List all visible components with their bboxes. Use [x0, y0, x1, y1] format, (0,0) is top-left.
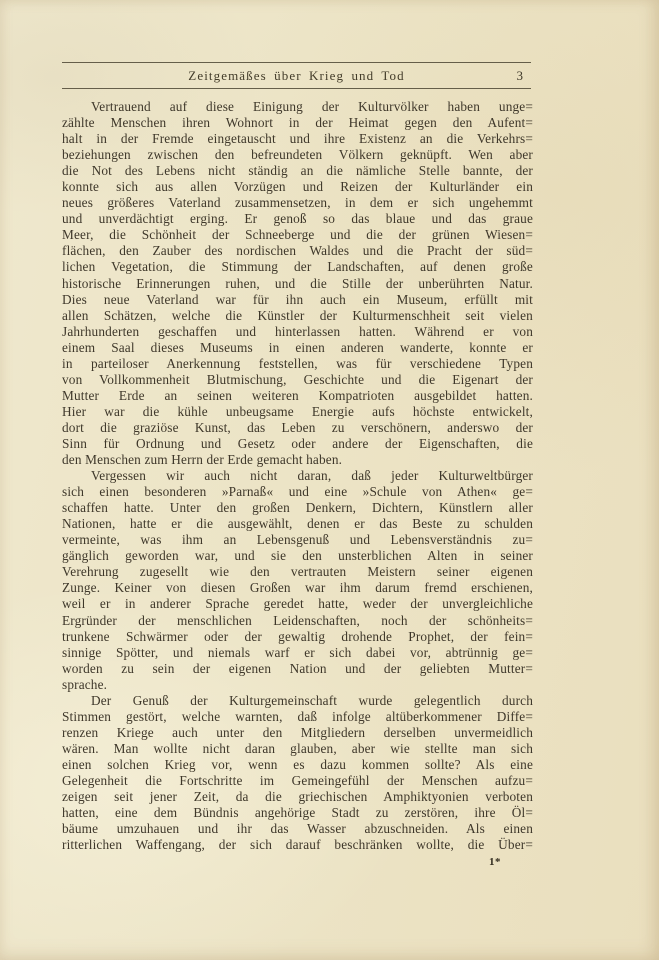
text-line: ritterlichen Waffengang, der sich darauf…	[62, 837, 533, 853]
text-line: Hier war die kühle unbeugsame Energie au…	[62, 404, 533, 420]
page-number: 3	[517, 66, 524, 86]
text-line: halt in der Fremde eingetauscht und ihre…	[62, 131, 533, 147]
text-line: Gelegenheit die Fortschritte im Gemeinge…	[62, 773, 533, 789]
text-line: Dies neue Vaterland war für ihn auch ein…	[62, 292, 533, 308]
text-line: und unverdächtigt erging. Er genoß so da…	[62, 211, 533, 227]
text-line: konnte sich aus allen Vorzügen und Reize…	[62, 179, 533, 195]
text-line: trunkene Schwärmer oder der gewaltig dro…	[62, 629, 533, 645]
text-line: worden zu sein der eigenen Nation und de…	[62, 661, 533, 677]
text-line: wären. Man wollte nicht daran glauben, a…	[62, 741, 533, 757]
text-line: Vergessen wir auch nicht daran, daß jede…	[62, 468, 533, 484]
text-line: bäume umzuhauen und ihr das Wasser abzus…	[62, 821, 533, 837]
text-line: Sinn für Ordnung und Gesetz oder andere …	[62, 436, 533, 452]
text-line: neues größeres Vaterland zusammensetzen,…	[62, 195, 533, 211]
header-rule-top	[62, 62, 531, 63]
text-line: zeigen seit jener Zeit, da die griechisc…	[62, 789, 533, 805]
text-line: Zunge. Keiner von diesen Großen war ihm …	[62, 580, 533, 596]
text-line: Ergründer der menschlichen Leidenschafte…	[62, 613, 533, 629]
text-line: Nationen, hatte er die ausgewählt, denen…	[62, 516, 533, 532]
text-line: einem Saal dieses Museums in einen ander…	[62, 340, 533, 356]
text-line: den Menschen zum Herrn der Erde gemacht …	[62, 452, 533, 468]
text-line: dort die graziöse Kunst, das Leben zu ve…	[62, 420, 533, 436]
running-head-title: Zeitgemäßes über Krieg und Tod	[62, 66, 531, 86]
signature-mark: 1*	[489, 856, 501, 868]
text-line: zählte Menschen ihren Wohnort in der Hei…	[62, 115, 533, 131]
text-line: gänglich geworden war, und sie den unste…	[62, 548, 533, 564]
text-line: die Not des Lebens nicht ständig an die …	[62, 163, 533, 179]
text-line: sinnige Spötter, und niemals warf er sic…	[62, 645, 533, 661]
text-line: Vertrauend auf diese Einigung der Kultur…	[62, 99, 533, 115]
text-line: allen Schätzen, welche die Künstler der …	[62, 308, 533, 324]
text-line: Verehrung zugesellt wie den vertrauten M…	[62, 564, 533, 580]
text-line: Der Genuß der Kulturgemeinschaft wurde g…	[62, 693, 533, 709]
text-line: in parteiloser Anerkennung feststellen, …	[62, 356, 533, 372]
text-line: sich einen besonderen »Parnaß« und eine …	[62, 484, 533, 500]
text-line: lichen Vegetation, die Stimmung der Land…	[62, 259, 533, 275]
text-line: von Vollkommenheit Blutmischung, Geschic…	[62, 372, 533, 388]
text-block: Vertrauend auf diese Einigung der Kultur…	[62, 99, 533, 853]
text-line: beziehungen zwischen den befreundeten Vö…	[62, 147, 533, 163]
text-line: flächen, den Zauber des nordischen Walde…	[62, 243, 533, 259]
text-line: historische Erinnerungen ruhen, und die …	[62, 276, 533, 292]
text-line: vermeinte, was ihm an Lebensgenuß und Le…	[62, 532, 533, 548]
text-line: hatten, eine dem Bündnis angehörige Stad…	[62, 805, 533, 821]
text-line: sprache.	[62, 677, 533, 693]
text-line: Meer, die Schönheit der Schneeberge und …	[62, 227, 533, 243]
text-line: einen solchen Krieg vor, wenn es dazu ko…	[62, 757, 533, 773]
text-line: schaffen hatte. Unter den großen Denkern…	[62, 500, 533, 516]
scanned-book-page: Zeitgemäßes über Krieg und Tod 3 Vertrau…	[0, 0, 659, 960]
text-line: Stimmen gestört, welche warnten, daß inf…	[62, 709, 533, 725]
text-line: weil er in anderer Sprache geredet hatte…	[62, 596, 533, 612]
text-line: Mutter Erde an seinen weiteren Kompatrio…	[62, 388, 533, 404]
text-line: Jahrhunderten geschaffen und hinterlasse…	[62, 324, 533, 340]
header-rule-bottom	[62, 88, 531, 89]
text-line: renzen Kriege auch unter den Mitgliedern…	[62, 725, 533, 741]
